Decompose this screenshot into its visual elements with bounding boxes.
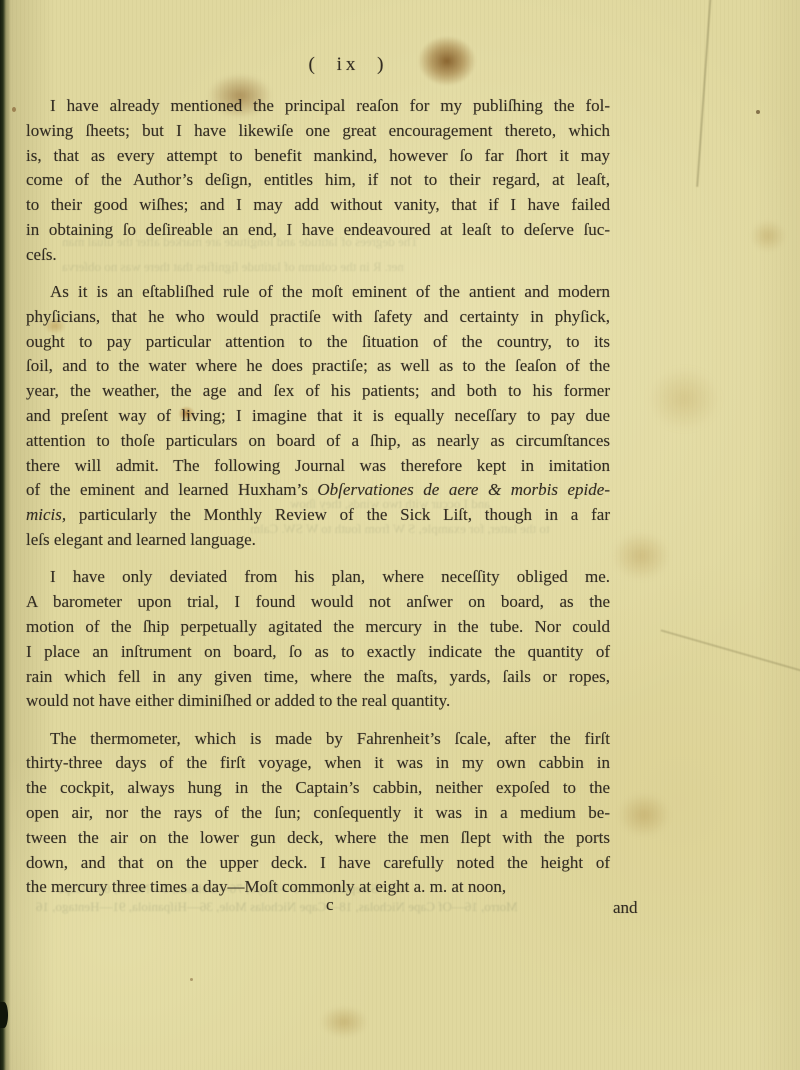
- body-text: leſs elegant and learned language.: [26, 530, 256, 549]
- body-text: down, and that on the upper deck. I have…: [26, 853, 610, 872]
- body-text: tween the air on the lower gun deck, whe…: [26, 828, 610, 847]
- bleedthrough-text: Morro, 16—Of Cape Nicholas, 18—Cape Nich…: [36, 899, 518, 915]
- body-text: rain which fell in any given time, where…: [26, 667, 610, 686]
- text-line: thirty-three days of the firſt voyage, w…: [26, 751, 610, 776]
- text-line: to their good wiſhes; and I may add with…: [26, 193, 610, 218]
- text-line: there will admit. The following Journal …: [26, 454, 610, 479]
- text-line: come of the Author’s deſign, entitles hi…: [26, 168, 610, 193]
- paper-crease: [661, 629, 800, 672]
- text-line: rain which fell in any given time, where…: [26, 665, 610, 690]
- paper-speck: [190, 978, 193, 981]
- text-line: ought to pay particular attention to the…: [26, 330, 610, 355]
- text-line: would not have either diminiſhed or adde…: [26, 689, 610, 714]
- text-line: The thermometer, which is made by Fahren…: [26, 727, 610, 752]
- body-text: lowing ſheets; but I have likewiſe one g…: [26, 121, 610, 140]
- book-page: ( ix ) I have already mentioned the prin…: [0, 0, 800, 1070]
- foxing-stain: [612, 532, 670, 580]
- italic-text: micis,: [26, 505, 66, 524]
- paper-speck: [756, 110, 760, 114]
- foxing-stain: [648, 368, 720, 430]
- foxing-stain: [750, 220, 786, 252]
- bleedthrough-text: and I occur with two winds, they ſhow: [290, 496, 490, 512]
- paragraph: I have only deviated from his plan, wher…: [26, 565, 610, 714]
- body-text: and preſent way of living; I imagine tha…: [26, 406, 610, 425]
- body-text: The thermometer, which is made by Fahren…: [50, 729, 610, 748]
- body-text: I have only deviated from his plan, wher…: [50, 567, 610, 586]
- body-text: I place an inſtrument on board, ſo as to…: [26, 642, 610, 661]
- text-line: open air, nor the rays of the ſun; conſe…: [26, 801, 610, 826]
- body-text: motion of the ſhip perpetually agitated …: [26, 617, 610, 636]
- body-text: would not have either diminiſhed or adde…: [26, 691, 450, 710]
- text-line: motion of the ſhip perpetually agitated …: [26, 615, 610, 640]
- foxing-stain: [618, 793, 670, 837]
- text-line: lowing ſheets; but I have likewiſe one g…: [26, 119, 610, 144]
- text-line: ſoil, and to the water where he does pra…: [26, 354, 610, 379]
- text-line: down, and that on the upper deck. I have…: [26, 851, 610, 876]
- text-line: A barometer upon trial, I found would no…: [26, 590, 610, 615]
- body-text: attention to thoſe particulars on board …: [26, 431, 610, 450]
- body-text: is, that as every attempt to benefit man…: [26, 146, 610, 165]
- body-text: come of the Author’s deſign, entitles hi…: [26, 170, 610, 189]
- text-line: the cockpit, always hung in the Captain’…: [26, 776, 610, 801]
- paper-speck: [12, 107, 16, 112]
- body-text: to their good wiſhes; and I may add with…: [26, 195, 610, 214]
- text-line: I have only deviated from his plan, wher…: [26, 565, 610, 590]
- text-line: As it is an eſtabliſhed rule of the moſt…: [26, 280, 610, 305]
- body-text: ceſs.: [26, 245, 57, 264]
- catchword: and: [613, 898, 638, 918]
- foxing-stain: [320, 1006, 368, 1038]
- paragraph: The thermometer, which is made by Fahren…: [26, 727, 610, 901]
- bleedthrough-text: The degrees of latitude and longitude ar…: [62, 234, 418, 250]
- bleedthrough-text: to the latter, for example, S W from ſou…: [250, 521, 550, 537]
- spine-edge: [0, 0, 11, 1070]
- bleedthrough-text: 75—Steeple Road 73—Mayo, 76—Delrada, 8—N…: [58, 881, 404, 897]
- text-line: tween the air on the lower gun deck, whe…: [26, 826, 610, 851]
- body-text: As it is an eſtabliſhed rule of the moſt…: [50, 282, 610, 301]
- body-text: A barometer upon trial, I found would no…: [26, 592, 610, 611]
- text-line: attention to thoſe particulars on board …: [26, 429, 610, 454]
- body-text: phyſicians, that he who would practiſe w…: [26, 307, 610, 326]
- spine-edge-notch: [0, 1002, 8, 1028]
- page-number-header: ( ix ): [26, 54, 640, 76]
- body-text: of the eminent and learned Huxham’s: [26, 480, 317, 499]
- body-text: the cockpit, always hung in the Captain’…: [26, 778, 610, 797]
- text-line: year, the weather, the age and ſex of hi…: [26, 379, 610, 404]
- bleedthrough-text: ner. R in the column of latitude ſignifi…: [62, 259, 404, 275]
- body-text: open air, nor the rays of the ſun; conſe…: [26, 803, 610, 822]
- body-text: ought to pay particular attention to the…: [26, 332, 610, 351]
- body-text: ſoil, and to the water where he does pra…: [26, 356, 610, 375]
- text-line: phyſicians, that he who would practiſe w…: [26, 305, 610, 330]
- text-line: is, that as every attempt to benefit man…: [26, 144, 610, 169]
- body-text: year, the weather, the age and ſex of hi…: [26, 381, 610, 400]
- body-text: there will admit. The following Journal …: [26, 456, 610, 475]
- body-text: I have already mentioned the principal r…: [50, 96, 610, 115]
- text-line: I have already mentioned the principal r…: [26, 94, 610, 119]
- text-line: and preſent way of living; I imagine tha…: [26, 404, 610, 429]
- paper-crease: [696, 0, 711, 187]
- body-text: thirty-three days of the firſt voyage, w…: [26, 753, 610, 772]
- text-line: I place an inſtrument on board, ſo as to…: [26, 640, 610, 665]
